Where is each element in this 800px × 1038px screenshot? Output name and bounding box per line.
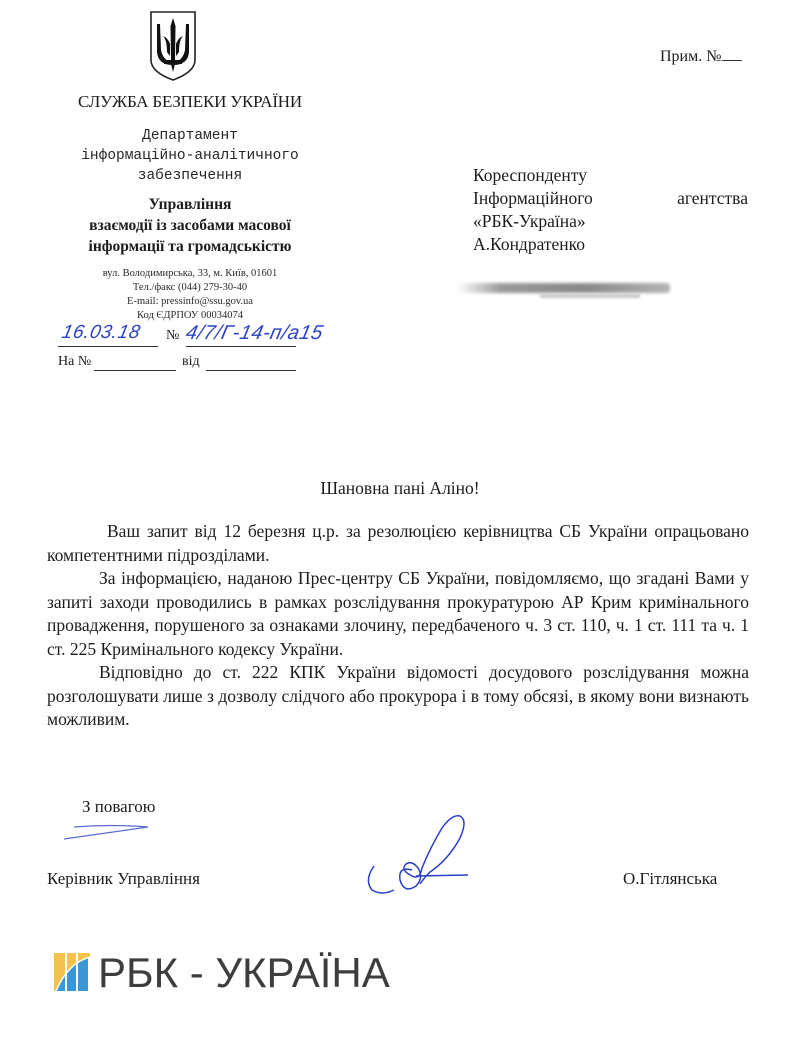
addressee-line: Інформаційного агентства <box>473 187 748 210</box>
rbc-ukraine-watermark: РБК - УКРАЇНА <box>54 948 390 998</box>
closing: З повагою <box>82 797 155 817</box>
reference-date-label: від <box>182 354 200 370</box>
prim-label: Прим. № <box>660 48 722 65</box>
registration-number: 4/7/Г-14-п/а15 <box>184 322 326 345</box>
addressee-block: Кореспонденту Інформаційного агентства «… <box>473 164 748 256</box>
salutation: Шановна пані Аліно! <box>0 478 800 499</box>
redaction-blur <box>458 283 670 293</box>
department-line: забезпечення <box>40 166 340 186</box>
addressee-line: «РБК-Україна» <box>473 210 748 233</box>
department-line: інформаційно-аналітичного <box>40 146 340 166</box>
registration-date: 16.03.18 <box>60 322 143 344</box>
rbc-logo-icon <box>54 953 90 993</box>
signature <box>360 808 500 898</box>
letter-body: Ваш запит від 12 березня ц.р. за резолюц… <box>47 520 749 732</box>
signer-position: Керівник Управління <box>47 869 200 889</box>
pen-stroke <box>62 823 152 841</box>
body-paragraph: Відповідно до ст. 222 КПК України відомо… <box>47 661 749 732</box>
addressee-word: Інформаційного <box>473 187 593 210</box>
department-name: Департамент інформаційно-аналітичного за… <box>40 126 340 186</box>
reference-line: На № від <box>58 354 318 376</box>
trident-coat-of-arms-icon <box>148 10 198 82</box>
reference-date-blank <box>206 370 296 371</box>
body-paragraph: Ваш запит від 12 березня ц.р. за резолюц… <box>47 520 749 567</box>
brand-name: РБК - УКРАЇНА <box>98 948 390 998</box>
body-paragraph: За інформацією, наданою Прес-центру СБ У… <box>47 567 749 661</box>
addressee-line: Кореспонденту <box>473 164 748 187</box>
email: E-mail: pressinfo@ssu.gov.ua <box>40 295 340 309</box>
unit-line: взаємодії із засобами масової <box>40 215 340 236</box>
redaction-blur <box>540 294 640 298</box>
reference-number-blank <box>94 370 176 371</box>
signer-name: О.Гітлянська <box>623 869 717 889</box>
unit-line: інформації та громадськістю <box>40 236 340 257</box>
prim-blank <box>722 46 742 61</box>
org-name: СЛУЖБА БЕЗПЕКИ УКРАЇНИ <box>40 92 340 112</box>
unit-line: Управління <box>40 194 340 215</box>
registration-line: 16.03.18 № 4/7/Г-14-п/а15 <box>58 322 398 352</box>
phone-fax: Тел./факс (044) 279-30-40 <box>40 281 340 295</box>
number-underline <box>186 346 296 347</box>
addressee-word: агентства <box>677 187 748 210</box>
reference-number-label: На № <box>58 354 91 370</box>
unit-name: Управління взаємодії із засобами масової… <box>40 194 340 257</box>
department-line: Департамент <box>40 126 340 146</box>
addressee-line: А.Кондратенко <box>473 233 748 256</box>
address: вул. Володимирська, 33, м. Київ, 01601 <box>40 267 340 281</box>
contact-block: вул. Володимирська, 33, м. Київ, 01601 Т… <box>40 267 340 323</box>
date-underline <box>58 346 158 347</box>
prim-number: Прим. № <box>660 46 742 66</box>
registration-number-label: № <box>166 328 179 344</box>
edrpou-code: Код ЄДРПОУ 00034074 <box>40 309 340 323</box>
